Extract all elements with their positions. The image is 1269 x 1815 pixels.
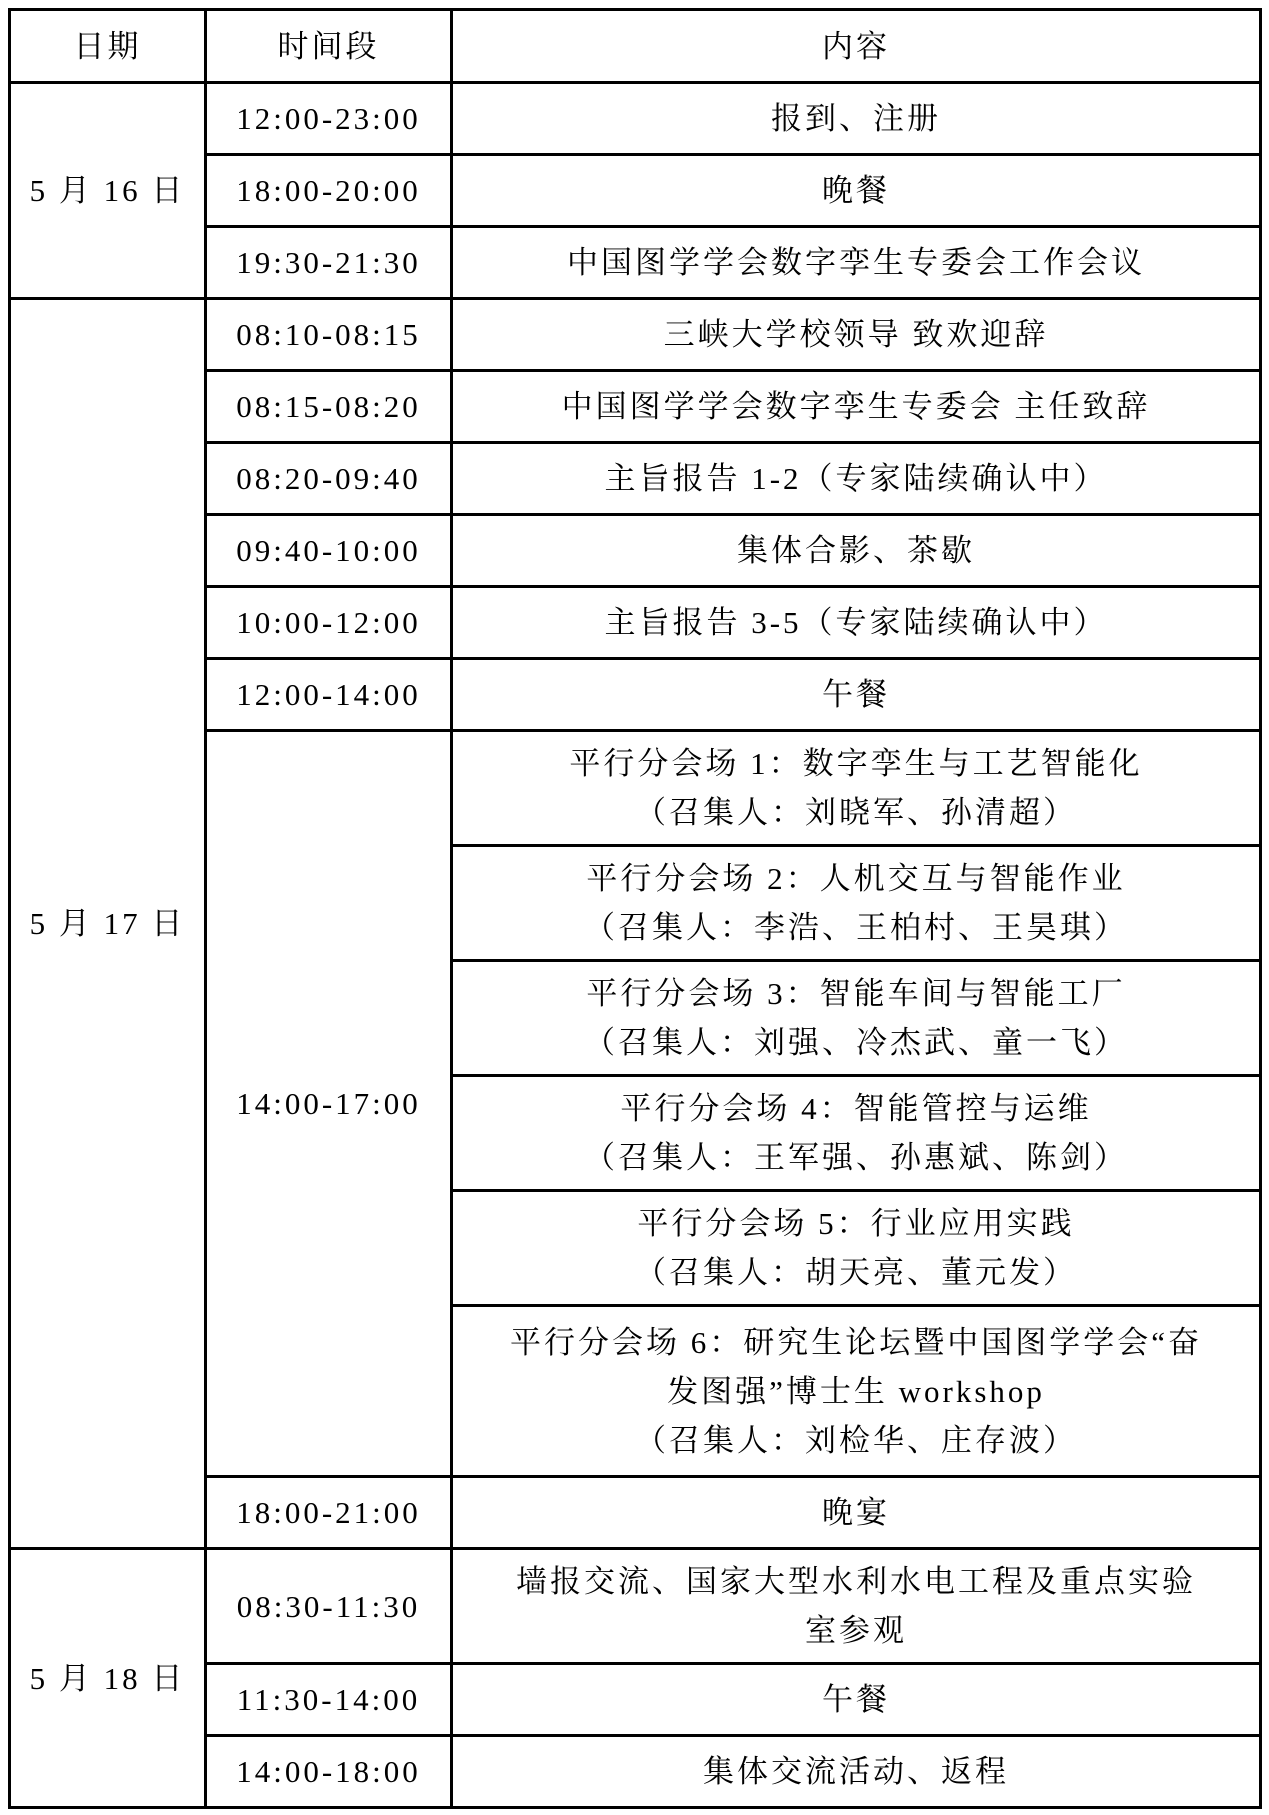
content-line: 晚宴 <box>459 1488 1253 1537</box>
content-line: 三峡大学校领导 致欢迎辞 <box>459 310 1253 359</box>
content-cell: 平行分会场 2：人机交互与智能作业（召集人：李浩、王柏村、王昊琪） <box>452 846 1261 961</box>
content-line: （召集人：胡天亮、董元发） <box>459 1248 1253 1297</box>
content-line: （召集人：刘强、冷杰武、童一飞） <box>459 1018 1253 1067</box>
content-line: 室参观 <box>459 1606 1253 1655</box>
content-line: 集体合影、茶歇 <box>459 526 1253 575</box>
content-cell: 平行分会场 6：研究生论坛暨中国图学学会“奋发图强”博士生 workshop（召… <box>452 1306 1261 1477</box>
content-cell: 晚餐 <box>452 155 1261 227</box>
header-date: 日期 <box>10 10 206 83</box>
content-cell: 三峡大学校领导 致欢迎辞 <box>452 299 1261 371</box>
content-line: 中国图学学会数字孪生专委会 主任致辞 <box>459 382 1253 431</box>
content-line: （召集人：李浩、王柏村、王昊琪） <box>459 903 1253 952</box>
content-line: 午餐 <box>459 670 1253 719</box>
time-cell: 08:10-08:15 <box>206 299 452 371</box>
content-cell: 午餐 <box>452 659 1261 731</box>
content-cell: 平行分会场 1：数字孪生与工艺智能化（召集人：刘晓军、孙清超） <box>452 731 1261 846</box>
content-line: 平行分会场 4：智能管控与运维 <box>459 1084 1253 1133</box>
content-line: 主旨报告 3-5（专家陆续确认中） <box>459 598 1253 647</box>
content-line: （召集人：王军强、孙惠斌、陈剑） <box>459 1133 1253 1182</box>
time-cell: 12:00-14:00 <box>206 659 452 731</box>
header-time: 时间段 <box>206 10 452 83</box>
time-cell: 08:15-08:20 <box>206 371 452 443</box>
time-cell: 11:30-14:00 <box>206 1664 452 1736</box>
content-line: 主旨报告 1-2（专家陆续确认中） <box>459 454 1253 503</box>
content-line: 平行分会场 2：人机交互与智能作业 <box>459 854 1253 903</box>
content-line: 报到、注册 <box>459 94 1253 143</box>
table-row: 5 月 17 日08:10-08:15三峡大学校领导 致欢迎辞 <box>10 299 1261 371</box>
content-line: 平行分会场 3：智能车间与智能工厂 <box>459 969 1253 1018</box>
header-content: 内容 <box>452 10 1261 83</box>
time-cell: 12:00-23:00 <box>206 83 452 155</box>
header-row: 日期 时间段 内容 <box>10 10 1261 83</box>
content-line: 平行分会场 1：数字孪生与工艺智能化 <box>459 739 1253 788</box>
date-cell: 5 月 16 日 <box>10 83 206 299</box>
content-line: 平行分会场 5：行业应用实践 <box>459 1199 1253 1248</box>
content-cell: 报到、注册 <box>452 83 1261 155</box>
content-line: 中国图学学会数字孪生专委会工作会议 <box>459 238 1253 287</box>
time-cell: 14:00-17:00 <box>206 731 452 1477</box>
content-cell: 晚宴 <box>452 1477 1261 1549</box>
content-line: 发图强”博士生 workshop <box>459 1367 1253 1416</box>
content-cell: 中国图学学会数字孪生专委会工作会议 <box>452 227 1261 299</box>
time-cell: 18:00-21:00 <box>206 1477 452 1549</box>
content-cell: 集体交流活动、返程 <box>452 1736 1261 1808</box>
content-line: 集体交流活动、返程 <box>459 1747 1253 1796</box>
content-line: （召集人：刘检华、庄存波） <box>459 1416 1253 1465</box>
content-cell: 墙报交流、国家大型水利水电工程及重点实验室参观 <box>452 1549 1261 1664</box>
schedule-body: 5 月 16 日12:00-23:00报到、注册18:00-20:00晚餐19:… <box>10 83 1261 1808</box>
content-cell: 平行分会场 3：智能车间与智能工厂（召集人：刘强、冷杰武、童一飞） <box>452 961 1261 1076</box>
time-cell: 08:30-11:30 <box>206 1549 452 1664</box>
time-cell: 08:20-09:40 <box>206 443 452 515</box>
time-cell: 09:40-10:00 <box>206 515 452 587</box>
date-cell: 5 月 18 日 <box>10 1549 206 1808</box>
date-cell: 5 月 17 日 <box>10 299 206 1549</box>
content-line: 晚餐 <box>459 166 1253 215</box>
time-cell: 10:00-12:00 <box>206 587 452 659</box>
content-cell: 平行分会场 5：行业应用实践（召集人：胡天亮、董元发） <box>452 1191 1261 1306</box>
content-cell: 中国图学学会数字孪生专委会 主任致辞 <box>452 371 1261 443</box>
content-cell: 午餐 <box>452 1664 1261 1736</box>
content-cell: 平行分会场 4：智能管控与运维（召集人：王军强、孙惠斌、陈剑） <box>452 1076 1261 1191</box>
content-line: 午餐 <box>459 1675 1253 1724</box>
table-row: 5 月 18 日08:30-11:30墙报交流、国家大型水利水电工程及重点实验室… <box>10 1549 1261 1664</box>
content-line: 平行分会场 6：研究生论坛暨中国图学学会“奋 <box>459 1318 1253 1367</box>
content-line: （召集人：刘晓军、孙清超） <box>459 788 1253 837</box>
content-line: 墙报交流、国家大型水利水电工程及重点实验 <box>459 1557 1253 1606</box>
content-cell: 主旨报告 3-5（专家陆续确认中） <box>452 587 1261 659</box>
time-cell: 14:00-18:00 <box>206 1736 452 1808</box>
time-cell: 18:00-20:00 <box>206 155 452 227</box>
content-cell: 集体合影、茶歇 <box>452 515 1261 587</box>
schedule-table: 日期 时间段 内容 5 月 16 日12:00-23:00报到、注册18:00-… <box>8 8 1262 1809</box>
time-cell: 19:30-21:30 <box>206 227 452 299</box>
content-cell: 主旨报告 1-2（专家陆续确认中） <box>452 443 1261 515</box>
table-row: 5 月 16 日12:00-23:00报到、注册 <box>10 83 1261 155</box>
